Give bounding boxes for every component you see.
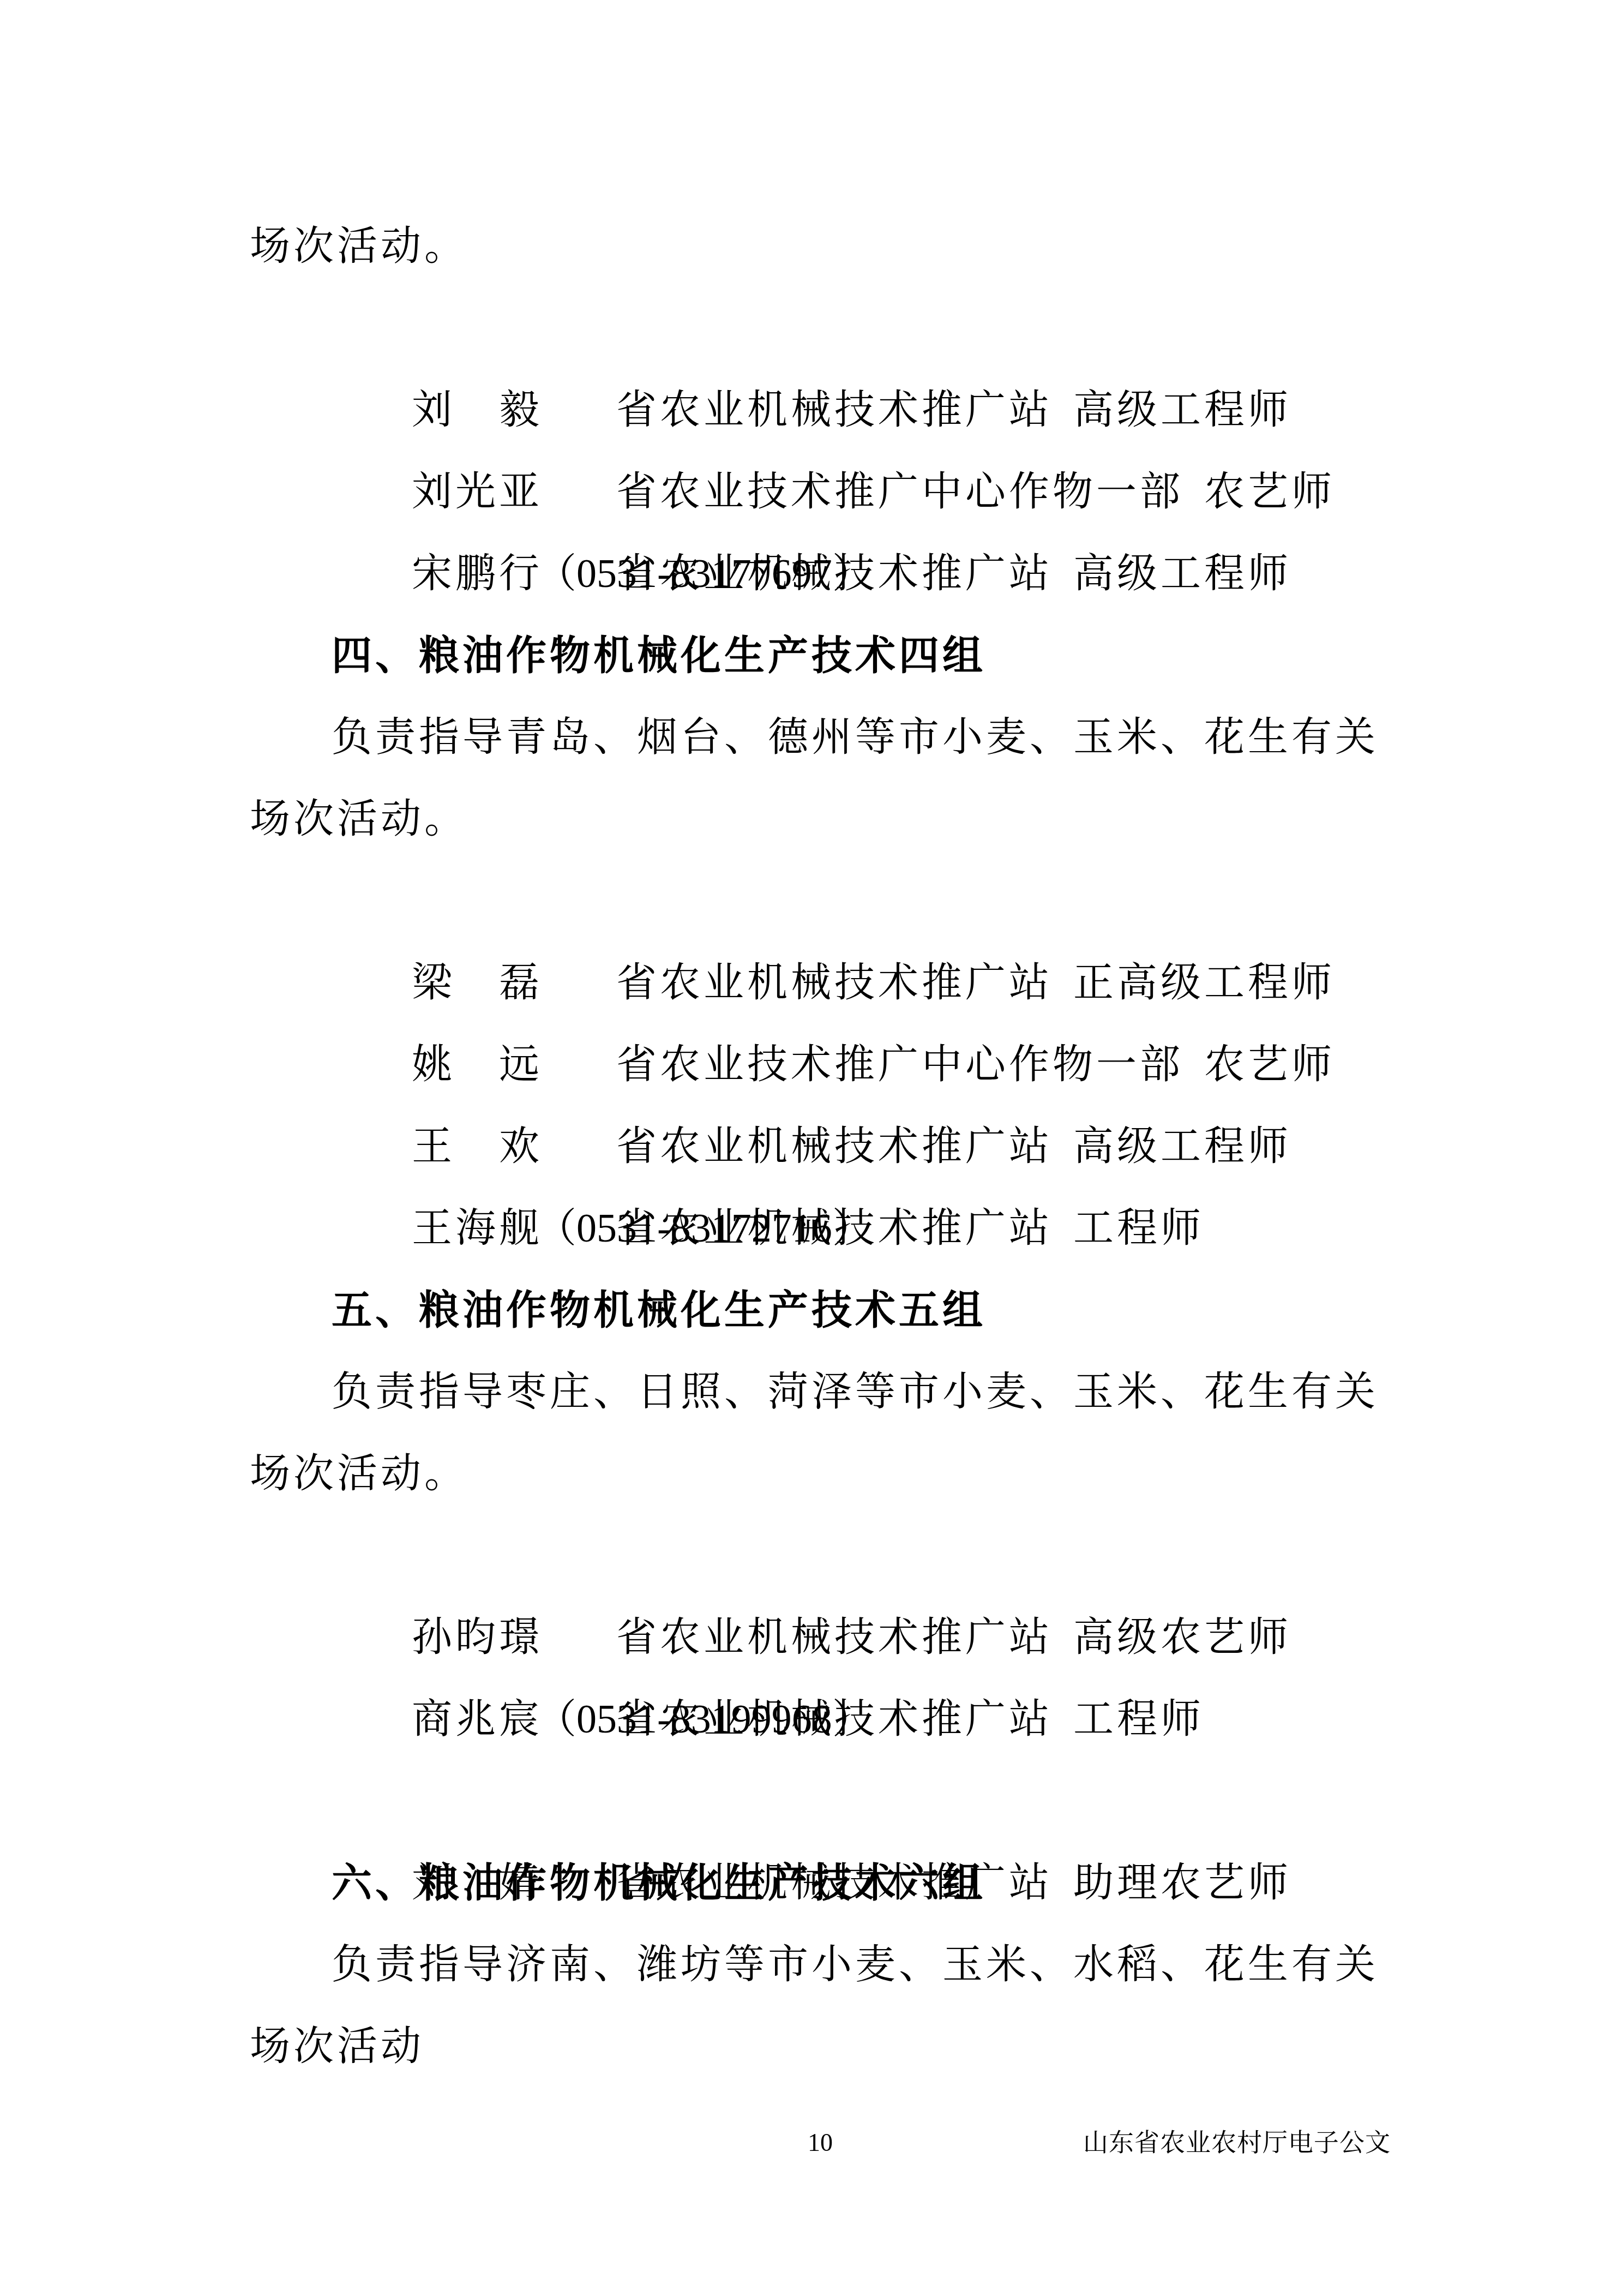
person-title: 工程师 bbox=[1073, 1697, 1204, 1742]
doc-line: 场次活动 bbox=[250, 2006, 1391, 2088]
person-title: 高级农艺师 bbox=[1073, 1615, 1291, 1660]
person-name: 刘光亚 bbox=[412, 470, 543, 514]
person-name: 商兆宸 bbox=[412, 1697, 543, 1742]
person-line: 刘 毅省农业机械技术推广站高级工程师 bbox=[250, 287, 1391, 369]
document-body: 场次活动。 刘 毅省农业机械技术推广站高级工程师 刘光亚省农业技术推广中心作物一… bbox=[250, 206, 1391, 2088]
person-org: 省农业机械技术推广站 bbox=[616, 388, 1053, 433]
person-org: 省农业技术推广中心作物一部 bbox=[616, 470, 1183, 514]
person-org: 省农业机械技术推广站 bbox=[616, 961, 1053, 1005]
doc-line: 场次活动。 bbox=[250, 1433, 1391, 1515]
person-title: 工程师 bbox=[1073, 1206, 1204, 1251]
doc-line: 负责指导济南、潍坊等市小麦、玉米、水稻、花生有关 bbox=[250, 1924, 1391, 2006]
person-org: 省农业机械技术推广站 bbox=[616, 1615, 1053, 1660]
person-org: 省农业技术推广中心作物一部 bbox=[616, 1042, 1183, 1087]
section-heading: 五、粮油作物机械化生产技术五组 bbox=[250, 1269, 1391, 1351]
person-line: 刘 婧省农业机械技术推广站助理农艺师 bbox=[250, 1760, 1391, 1842]
person-line: 梁 磊省农业机械技术推广站正高级工程师 bbox=[250, 860, 1391, 942]
person-title: 正高级工程师 bbox=[1073, 961, 1335, 1005]
person-name: 刘 毅 bbox=[412, 388, 543, 433]
doc-line: 场次活动。 bbox=[250, 778, 1391, 860]
section-heading: 四、粮油作物机械化生产技术四组 bbox=[250, 615, 1391, 697]
person-line: 孙昀璟省农业机械技术推广站高级农艺师 bbox=[250, 1515, 1391, 1597]
person-name: 梁 磊 bbox=[412, 961, 543, 1005]
person-title: 高级工程师 bbox=[1073, 1124, 1291, 1169]
doc-line: 负责指导枣庄、日照、菏泽等市小麦、玉米、花生有关 bbox=[250, 1351, 1391, 1433]
person-title: 农艺师 bbox=[1204, 470, 1335, 514]
person-title: 高级工程师 bbox=[1073, 388, 1291, 433]
person-name: 孙昀璟 bbox=[412, 1615, 543, 1660]
person-title: 助理农艺师 bbox=[1073, 1861, 1291, 1905]
person-name: 宋鹏行 bbox=[412, 551, 543, 596]
person-name: 王海舰 bbox=[412, 1206, 543, 1251]
document-page: 场次活动。 刘 毅省农业机械技术推广站高级工程师 刘光亚省农业技术推广中心作物一… bbox=[0, 0, 1623, 2296]
doc-line: 场次活动。 bbox=[250, 206, 1391, 287]
person-title: 高级工程师 bbox=[1073, 551, 1291, 596]
person-name: 王 欢 bbox=[412, 1124, 543, 1169]
person-title: 农艺师 bbox=[1204, 1042, 1335, 1087]
page-footer: 10 山东省农业农村厅电子公文 bbox=[250, 2126, 1391, 2159]
person-name: 姚 远 bbox=[412, 1042, 543, 1087]
person-org: 省农业机械技术推广站 bbox=[616, 1124, 1053, 1169]
footer-agency-label: 山东省农业农村厅电子公文 bbox=[1083, 2126, 1391, 2159]
doc-line: 负责指导青岛、烟台、德州等市小麦、玉米、花生有关 bbox=[250, 697, 1391, 778]
